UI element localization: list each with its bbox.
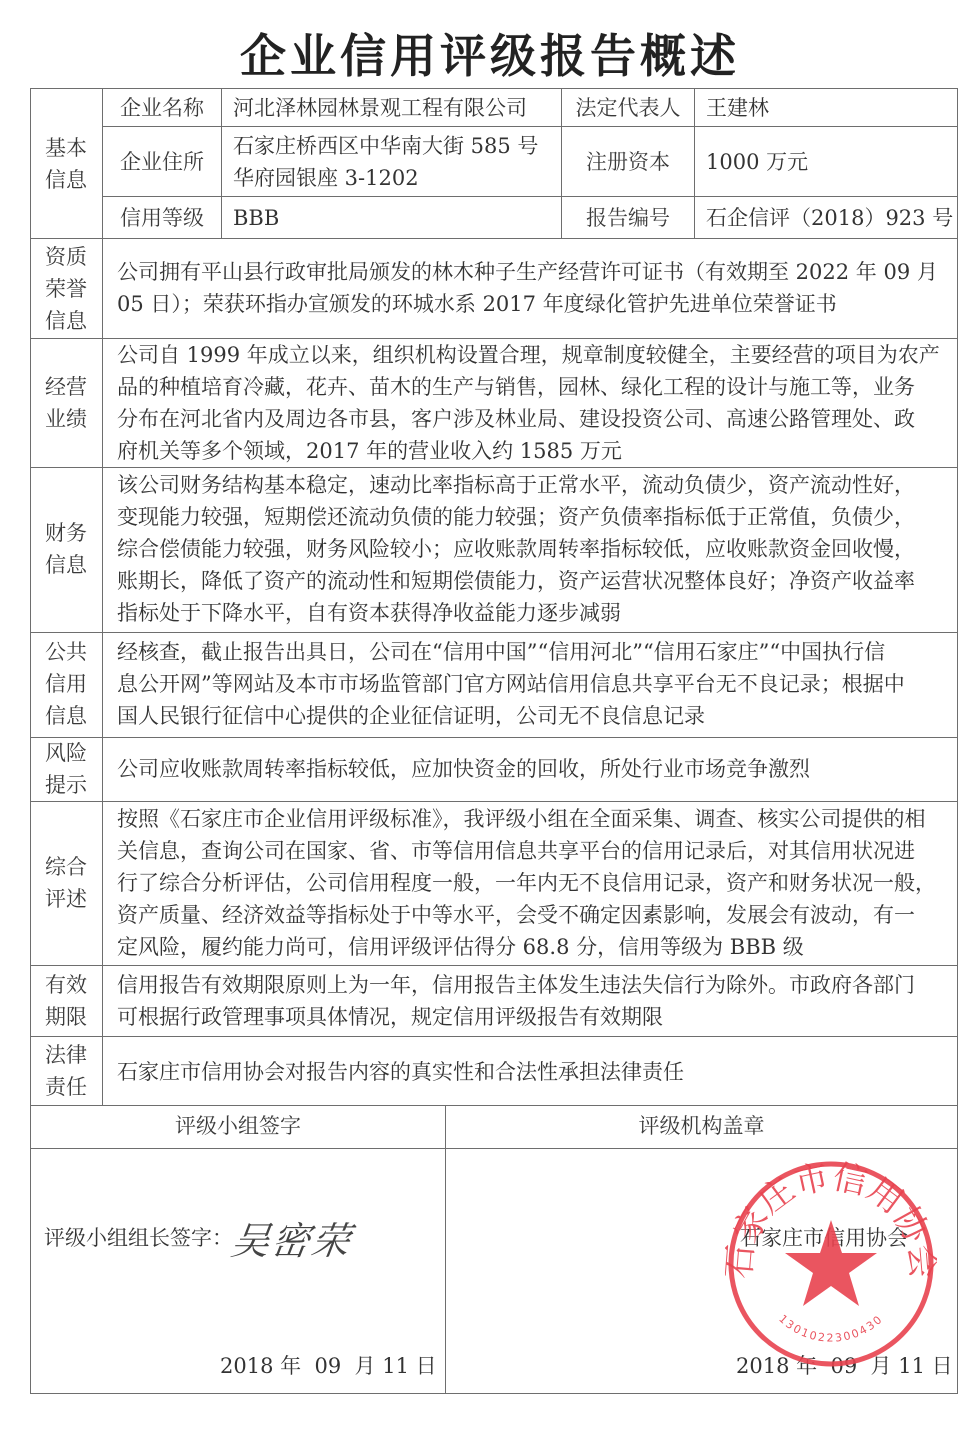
- company-name-value: 河北泽林园林景观工程有限公司: [233, 92, 527, 124]
- svg-text:1301022300430: 1301022300430: [776, 1312, 886, 1344]
- section-line: 信用报告有效期限原则上为一年，信用报告主体发生违法失信行为除外。市政府各部门: [117, 969, 915, 1001]
- section-line: 按照《石家庄市企业信用评级标准》，我评级小组在全面采集、调查、核实公司提供的相: [117, 803, 926, 835]
- section-line: 公司拥有平山县行政审批局颁发的林木种子生产经营许可证书（有效期至 2022 年 …: [117, 256, 938, 288]
- section-line: 公司自 1999 年成立以来，组织机构设置合理，规章制度较健全，主要经营的项目为…: [117, 339, 940, 371]
- section-line: 分布在河北省内及周边各市县，客户涉及林业局、建设投资公司、高速公路管理处、政: [117, 403, 915, 435]
- page-title: 企业信用评级报告概述: [0, 26, 980, 86]
- section-line: 定风险，履约能力尚可，信用评级评估得分 68.8 分，信用等级为 BBB 级: [117, 931, 804, 963]
- rating-team-signature-header: 评级小组签字: [30, 1110, 446, 1142]
- stamp-number: 1301022300430: [776, 1312, 886, 1344]
- section-line: 府机关等多个领域，2017 年的营业收入约 1585 万元: [117, 435, 622, 467]
- section-line: 指标处于下降水平，自有资本获得净收益能力逐步减弱: [117, 597, 621, 629]
- report-no-value: 石企信评（2018）923 号: [706, 202, 953, 234]
- section-line: 可根据行政管理事项具体情况，规定信用评级报告有效期限: [117, 1001, 663, 1033]
- legal-rep-value: 王建林: [706, 92, 769, 124]
- capital-value: 1000 万元: [706, 146, 808, 178]
- handwritten-signature: 吴密荣: [228, 1210, 356, 1265]
- section-line: 综合偿债能力较强，财务风险较小；应收账款周转率指标较低，应收账款资金回收慢，: [117, 533, 915, 565]
- section-line: 品的种植培育冷藏，花卉、苗木的生产与销售，园林、绿化工程的设计与施工等，业务: [117, 371, 915, 403]
- section-line: 息公开网”等网站及本市市场监管部门官方网站信用信息共享平台无不良记录；根据中: [117, 668, 905, 700]
- address-label: 企业住所: [102, 146, 222, 178]
- section-label: 财务 信息: [30, 517, 102, 581]
- company-name-label: 企业名称: [102, 92, 222, 124]
- section-label: 公共 信用 信息: [30, 636, 102, 732]
- section-label: 综合 评述: [30, 851, 102, 915]
- section-line: 石家庄市信用协会对报告内容的真实性和合法性承担法律责任: [117, 1056, 684, 1088]
- section-line: 公司应收账款周转率指标较低，应加快资金的回收，所处行业市场竞争激烈: [117, 753, 810, 785]
- left-date: 2018 年 09 月 11 日: [220, 1350, 437, 1382]
- team-leader-signature-label: 评级小组组长签字：: [44, 1222, 233, 1254]
- section-line: 05 日）；荣获环指办宣颁发的环城水系 2017 年度绿化管护先进单位荣誉证书: [117, 288, 837, 320]
- basic-info-label: 基本 信息: [30, 132, 102, 196]
- section-line: 该公司财务结构基本稳定，速动比率指标高于正常水平，流动负债少，资产流动性好，: [117, 469, 915, 501]
- section-label: 法律 责任: [30, 1039, 102, 1103]
- section-line: 行了综合分析评估，公司信用程度一般，一年内无不良信用记录，资产和财务状况一般，: [117, 867, 936, 899]
- section-line: 账期长，降低了资产的流动性和短期偿债能力，资产运营状况整体良好；净资产收益率: [117, 565, 915, 597]
- section-line: 关信息，查询公司在国家、省、市等信用信息共享平台的信用记录后，对其信用状况进: [117, 835, 915, 867]
- rating-value: BBB: [233, 202, 279, 234]
- official-seal-icon: 石家庄市信用协会 1301022300430: [725, 1158, 937, 1370]
- section-line: 经核查，截止报告出具日，公司在“信用中国”“信用河北”“信用石家庄”“中国执行信: [117, 636, 885, 668]
- section-line: 资产质量、经济效益等指标处于中等水平，会受不确定因素影响，发展会有波动，有一: [117, 899, 915, 931]
- report-no-label: 报告编号: [561, 202, 695, 234]
- address-line1: 石家庄桥西区中华南大街 585 号: [233, 130, 538, 162]
- section-label: 有效 期限: [30, 969, 102, 1033]
- section-line: 国人民银行征信中心提供的企业征信证明，公司无不良信息记录: [117, 700, 705, 732]
- address-line2: 华府园银座 3-1202: [233, 162, 419, 194]
- legal-rep-label: 法定代表人: [561, 92, 695, 124]
- section-label: 风险 提示: [30, 737, 102, 801]
- section-line: 变现能力较强，短期偿还流动负债的能力较强；资产负债率指标低于正常值，负债少，: [117, 501, 915, 533]
- section-label: 资质 荣誉 信息: [30, 241, 102, 337]
- section-label: 经营 业绩: [30, 371, 102, 435]
- rating-label: 信用等级: [102, 202, 222, 234]
- capital-label: 注册资本: [561, 146, 695, 178]
- rating-org-stamp-header: 评级机构盖章: [445, 1110, 958, 1142]
